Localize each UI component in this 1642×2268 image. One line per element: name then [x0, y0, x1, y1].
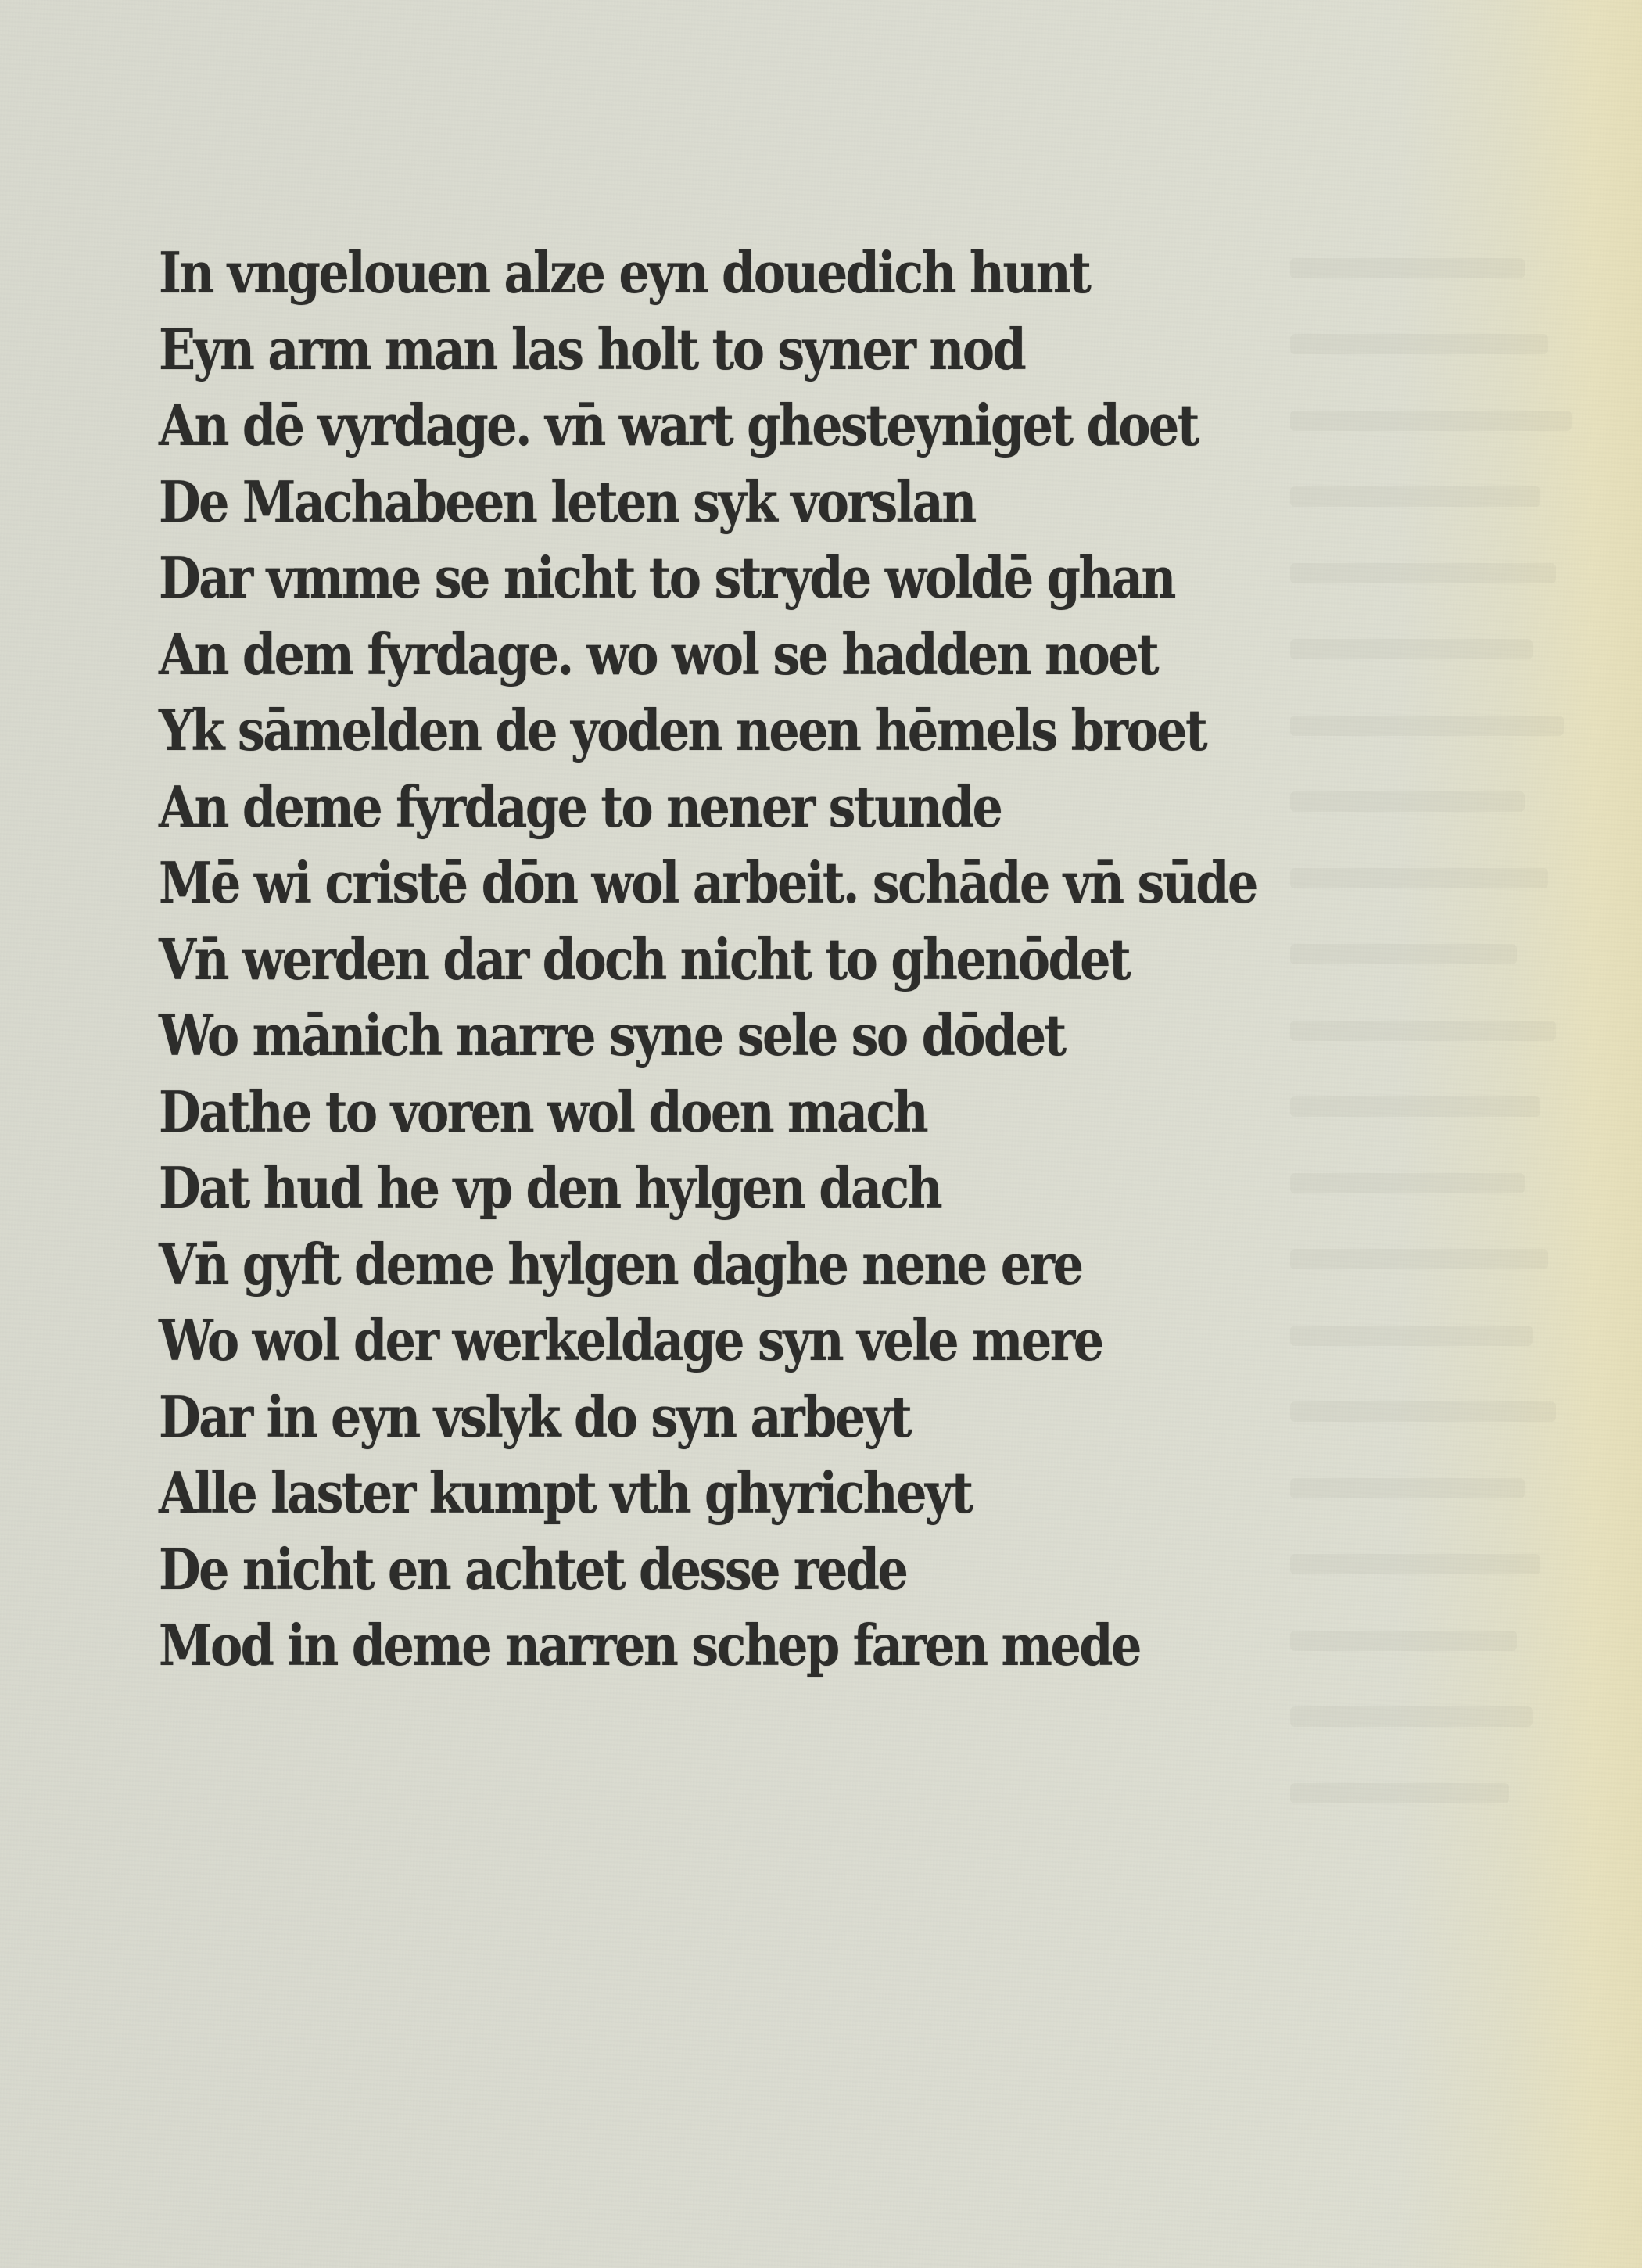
ghost-line: [1290, 1783, 1509, 1803]
verse-line-10: Vn̄ werden dar doch nicht to ghenōdet: [159, 921, 1369, 998]
verse-line-5: Dar vmme se nicht to stryde woldē ghan: [159, 540, 1369, 616]
verse-line-4: De Machabeen leten syk vorslan: [159, 464, 1369, 540]
verse-line-1: In vngelouen alze eyn douedich hunt: [159, 235, 1369, 311]
verse-line-9: Mē wi cristē dōn wol arbeit. schāde vn̄ …: [159, 845, 1369, 921]
verse-line-19: Mod in deme narren schep faren mede: [159, 1607, 1369, 1684]
verse-line-15: Wo wol der werkeldage syn vele mere: [159, 1302, 1369, 1379]
verse-line-12: Dathe to voren wol doen mach: [159, 1074, 1369, 1150]
verse-line-14: Vn̄ gyft deme hylgen daghe nene ere: [159, 1226, 1369, 1303]
verse-line-16: Dar in eyn vslyk do syn arbeyt: [159, 1379, 1369, 1455]
verse-line-7: Yk sāmelden de yoden neen hēmels broet: [159, 692, 1369, 769]
verse-line-2: Eyn arm man las holt to syner nod: [159, 311, 1369, 388]
verse-line-18: De nicht en achtet desse rede: [159, 1531, 1369, 1608]
verse-line-17: Alle laster kumpt vth ghyricheyt: [159, 1455, 1369, 1531]
verse-line-8: An deme fyrdage to nener stunde: [159, 769, 1369, 845]
ghost-line: [1290, 1706, 1533, 1727]
verse-line-6: An dem fyrdage. wo wol se hadden noet: [159, 616, 1369, 693]
verse-line-11: Wo mānich narre syne sele so dōdet: [159, 997, 1369, 1074]
verse-line-13: Dat hud he vp den hylgen dach: [159, 1150, 1369, 1226]
verse-text-block: In vngelouen alze eyn douedich hunt Eyn …: [159, 235, 1566, 1684]
verse-line-3: An dē vyrdage. vn̄ wart ghesteyniget doe…: [159, 387, 1369, 464]
